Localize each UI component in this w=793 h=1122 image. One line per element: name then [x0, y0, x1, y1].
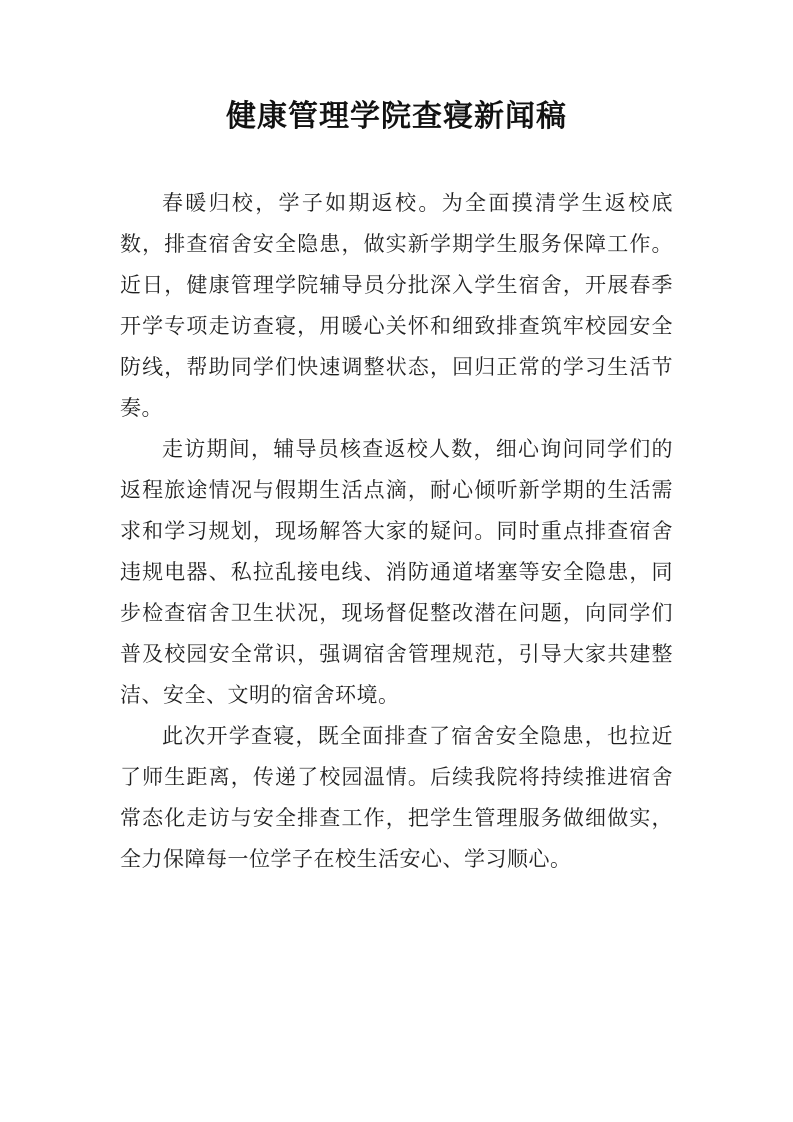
- document-title: 健康管理学院查寝新闻稿: [120, 98, 673, 136]
- document-page: 健康管理学院查寝新闻稿 春暖归校，学子如期返校。为全面摸清学生返校底数，排查宿舍…: [0, 0, 793, 1122]
- body-paragraph-2: 走访期间，辅导员核查返校人数，细心询问同学们的返程旅途情况与假期生活点滴，耐心倾…: [120, 429, 673, 716]
- document-body: 春暖归校，学子如期返校。为全面摸清学生返校底数，排查宿舍安全隐患，做实新学期学生…: [120, 183, 673, 880]
- body-paragraph-1: 春暖归校，学子如期返校。为全面摸清学生返校底数，排查宿舍安全隐患，做实新学期学生…: [120, 183, 673, 429]
- body-paragraph-3: 此次开学查寝，既全面排查了宿舍安全隐患，也拉近了师生距离，传递了校园温情。后续我…: [120, 716, 673, 880]
